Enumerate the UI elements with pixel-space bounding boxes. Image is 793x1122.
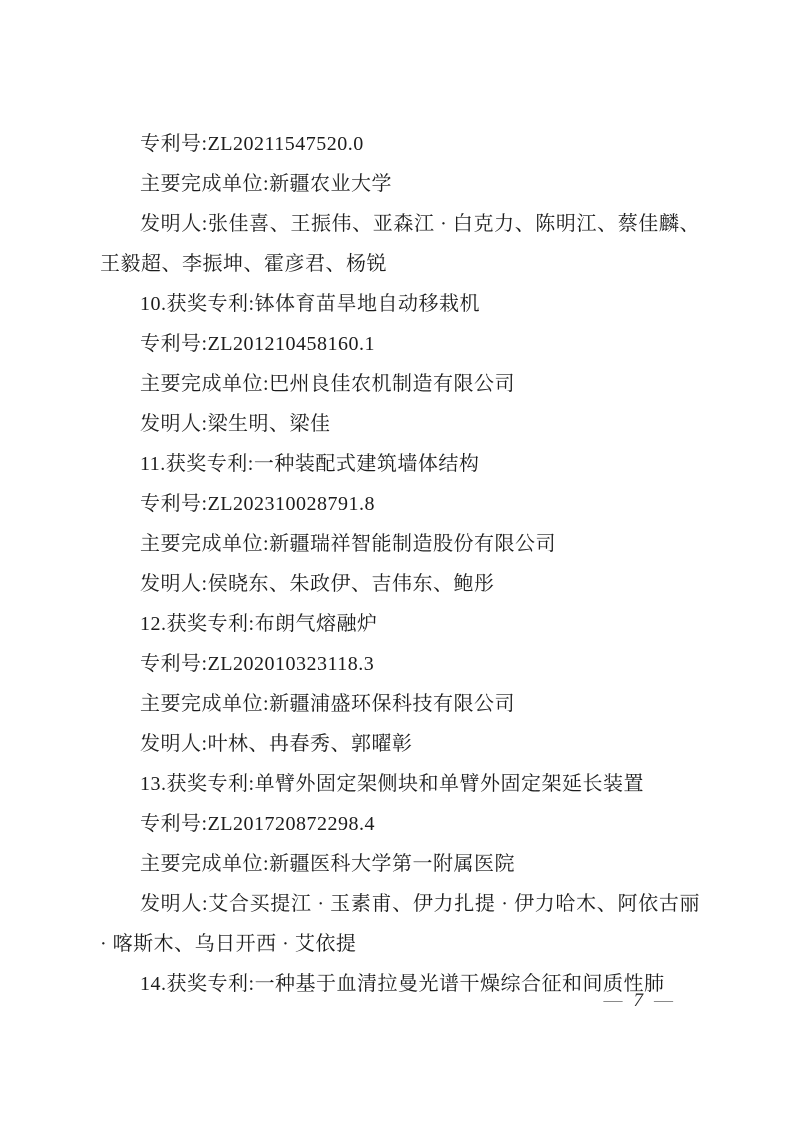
patent-title: 单臂外固定架侧块和单臂外固定架延长装置 (255, 773, 645, 795)
patent-no-value: ZL202310028791.8 (208, 493, 375, 515)
seq-number: 12 (140, 613, 161, 635)
inventors-label: 发明人 (140, 733, 202, 755)
patent10-title-line: 10.获奖专利:钵体育苗旱地自动移栽机 (100, 284, 700, 324)
main-unit-value: 新疆农业大学 (269, 173, 392, 195)
footer-dash-left: — (604, 990, 623, 1011)
patent10-number-line: 专利号:ZL201210458160.1 (100, 324, 700, 364)
inventors-label: 发明人 (140, 893, 202, 915)
patent-title: 一种装配式建筑墙体结构 (254, 453, 480, 475)
award-label: 获奖专利 (167, 973, 249, 995)
patent13-inventors-line: 发明人:艾合买提江 · 玉素甫、伊力扎提 · 伊力哈木、阿依古丽 · 喀斯木、乌… (100, 884, 700, 964)
patent11-unit-line: 主要完成单位:新疆瑞祥智能制造股份有限公司 (100, 524, 700, 564)
patent10-unit-line: 主要完成单位:巴州良佳农机制造有限公司 (100, 364, 700, 404)
seq-number: 13 (140, 773, 161, 795)
patent9-unit-line: 主要完成单位:新疆农业大学 (100, 164, 700, 204)
patent9-number-line: 专利号:ZL20211547520.0 (100, 124, 700, 164)
award-label: 获奖专利 (167, 773, 249, 795)
patent-no-label: 专利号 (140, 653, 202, 675)
patent13-title-line: 13.获奖专利:单臂外固定架侧块和单臂外固定架延长装置 (100, 764, 700, 804)
patent-no-label: 专利号 (140, 493, 202, 515)
seq-number: 11 (140, 453, 160, 475)
document-page: 专利号:ZL20211547520.0 主要完成单位:新疆农业大学 发明人:张佳… (0, 0, 793, 1122)
patent-no-label: 专利号 (140, 133, 202, 155)
page-number: —7— (597, 988, 681, 1014)
patent-title: 布朗气熔融炉 (255, 613, 378, 635)
patent-no-value: ZL201210458160.1 (208, 333, 375, 355)
award-label: 获奖专利 (166, 453, 248, 475)
patent-no-value: ZL201720872298.4 (208, 813, 375, 835)
inventors-label: 发明人 (140, 573, 202, 595)
patent10-inventors-line: 发明人:梁生明、梁佳 (100, 404, 700, 444)
patent-no-label: 专利号 (140, 813, 202, 835)
document-body: 专利号:ZL20211547520.0 主要完成单位:新疆农业大学 发明人:张佳… (100, 124, 700, 1004)
patent12-number-line: 专利号:ZL202010323118.3 (100, 644, 700, 684)
award-label: 获奖专利 (167, 293, 249, 315)
inventors-label: 发明人 (140, 213, 202, 235)
main-unit-label: 主要完成单位 (140, 173, 263, 195)
inventors-label: 发明人 (140, 413, 202, 435)
inventors-value: 梁生明、梁佳 (208, 413, 331, 435)
seq-number: 10 (140, 293, 161, 315)
patent12-title-line: 12.获奖专利:布朗气熔融炉 (100, 604, 700, 644)
patent-title: 钵体育苗旱地自动移栽机 (255, 293, 481, 315)
footer-dash-right: — (654, 990, 673, 1011)
main-unit-value: 新疆医科大学第一附属医院 (269, 853, 515, 875)
patent-no-label: 专利号 (140, 333, 202, 355)
main-unit-value: 巴州良佳农机制造有限公司 (269, 373, 515, 395)
patent13-number-line: 专利号:ZL201720872298.4 (100, 804, 700, 844)
award-label: 获奖专利 (167, 613, 249, 635)
patent12-inventors-line: 发明人:叶林、冉春秀、郭曜彰 (100, 724, 700, 764)
main-unit-label: 主要完成单位 (140, 693, 263, 715)
main-unit-label: 主要完成单位 (140, 533, 263, 555)
inventors-value: 侯晓东、朱政伊、吉伟东、鲍彤 (208, 573, 495, 595)
patent-no-value: ZL202010323118.3 (208, 653, 375, 675)
patent9-inventors-line: 发明人:张佳喜、王振伟、亚森江 · 白克力、陈明江、蔡佳麟、王毅超、李振坤、霍彦… (100, 204, 700, 284)
seq-number: 14 (140, 973, 161, 995)
main-unit-value: 新疆瑞祥智能制造股份有限公司 (269, 533, 556, 555)
main-unit-value: 新疆浦盛环保科技有限公司 (269, 693, 515, 715)
patent11-number-line: 专利号:ZL202310028791.8 (100, 484, 700, 524)
patent11-title-line: 11.获奖专利:一种装配式建筑墙体结构 (100, 444, 700, 484)
patent11-inventors-line: 发明人:侯晓东、朱政伊、吉伟东、鲍彤 (100, 564, 700, 604)
patent-no-value: ZL20211547520.0 (208, 133, 364, 155)
patent12-unit-line: 主要完成单位:新疆浦盛环保科技有限公司 (100, 684, 700, 724)
footer-page-number-value: 7 (634, 990, 644, 1011)
patent13-unit-line: 主要完成单位:新疆医科大学第一附属医院 (100, 844, 700, 884)
main-unit-label: 主要完成单位 (140, 373, 263, 395)
main-unit-label: 主要完成单位 (140, 853, 263, 875)
inventors-value: 叶林、冉春秀、郭曜彰 (208, 733, 413, 755)
